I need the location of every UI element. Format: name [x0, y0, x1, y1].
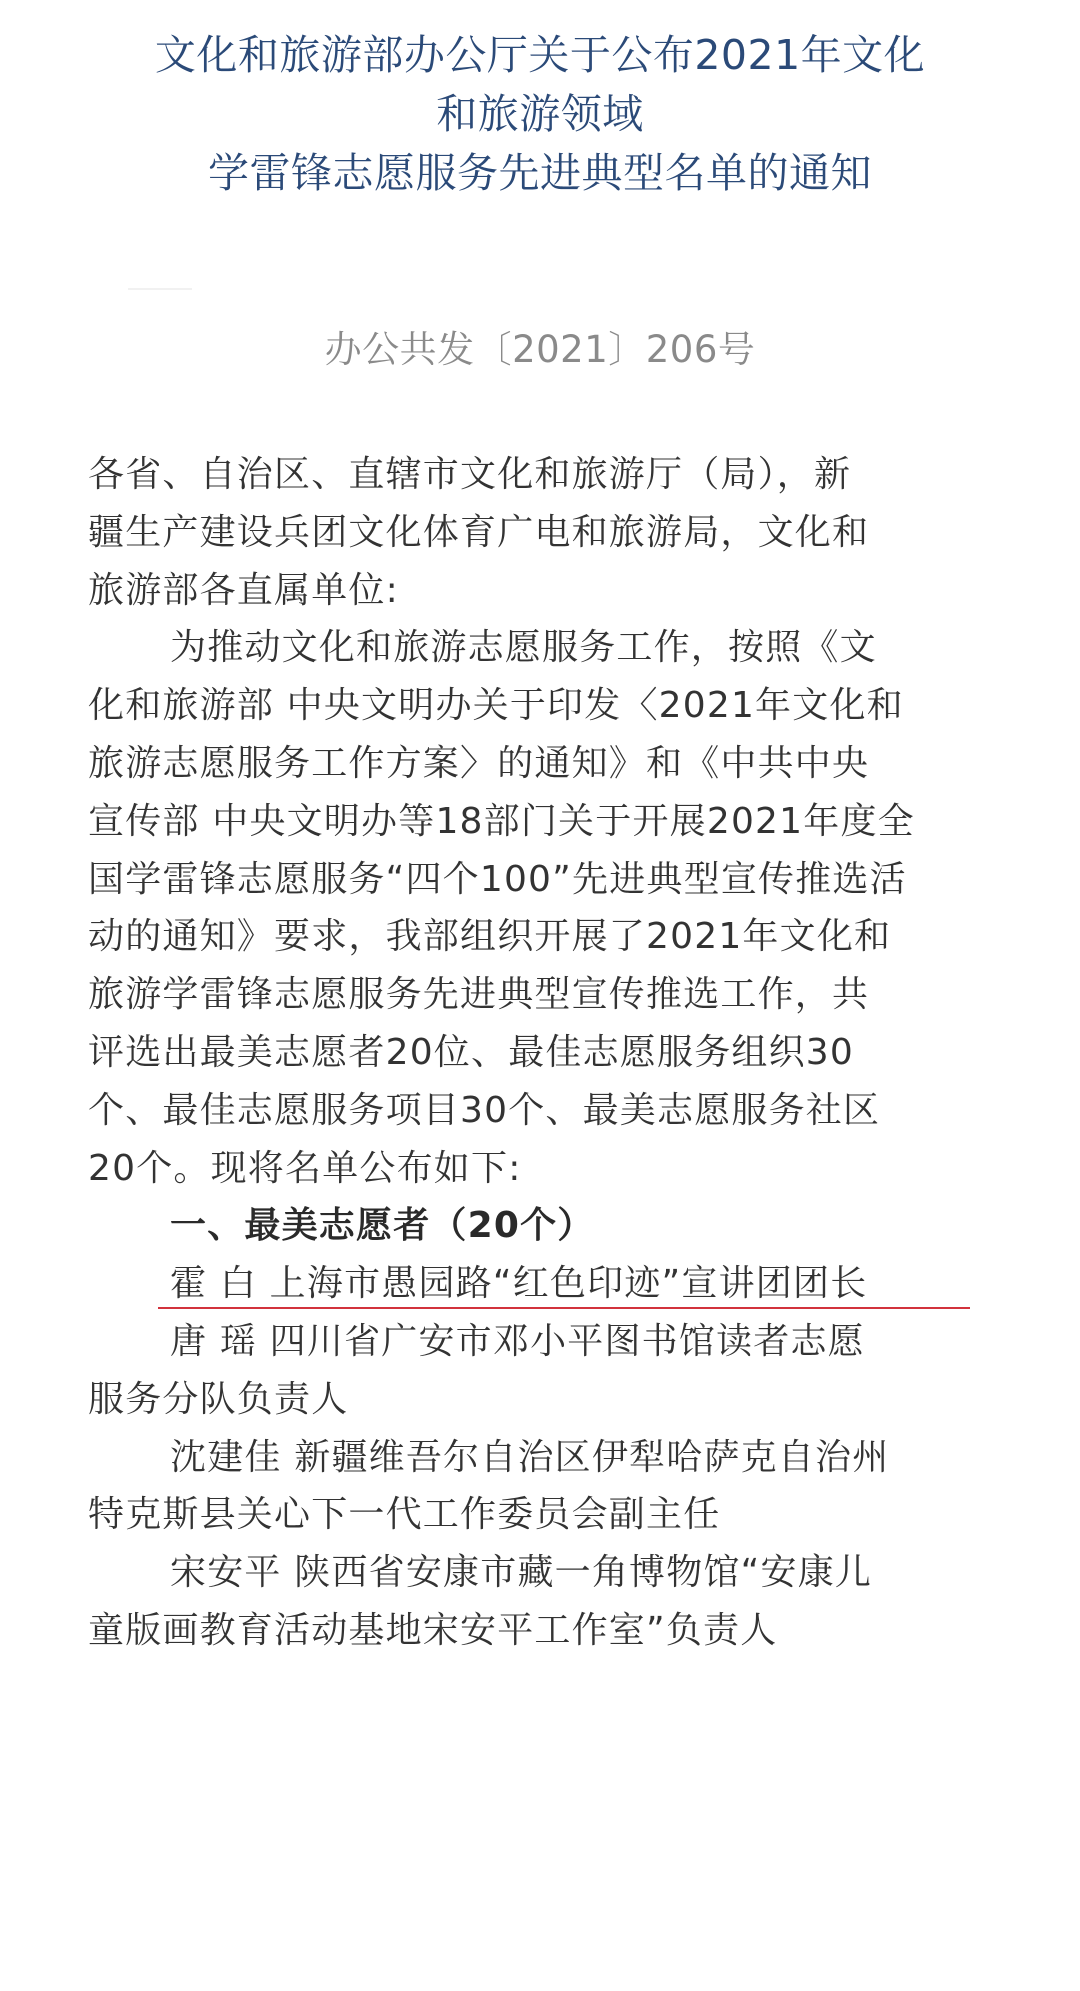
volunteer-entry-highlighted: 霍 白 上海市愚园路“红色印迹”宣讲团团长 — [88, 1255, 1008, 1313]
paragraph-line: 宣传部 中央文明办等18部门关于开展2021年度全 — [88, 793, 1008, 851]
title-line-1: 文化和旅游部办公厅关于公布2021年文化 — [0, 26, 1080, 85]
divider — [128, 288, 192, 290]
title-line-2: 和旅游领域 — [0, 85, 1080, 144]
volunteer-entry-continued: 特克斯县关心下一代工作委员会副主任 — [88, 1486, 1008, 1544]
volunteer-entry: 沈建佳 新疆维吾尔自治区伊犁哈萨克自治州 — [88, 1429, 1008, 1487]
volunteer-entry: 宋安平 陕西省安康市藏一角博物馆“安康儿 — [88, 1544, 1008, 1602]
addressee-line: 疆生产建设兵团文化体育广电和旅游局，文化和 — [88, 504, 1008, 562]
paragraph-line: 动的通知》要求，我部组织开展了2021年文化和 — [88, 908, 1008, 966]
document-title: 文化和旅游部办公厅关于公布2021年文化 和旅游领域 学雷锋志愿服务先进典型名单… — [0, 26, 1080, 203]
paragraph-line: 20个。现将名单公布如下: — [88, 1140, 1008, 1198]
title-line-3: 学雷锋志愿服务先进典型名单的通知 — [0, 144, 1080, 203]
volunteer-entry-continued: 服务分队负责人 — [88, 1371, 1008, 1429]
paragraph-line: 旅游学雷锋志愿服务先进典型宣传推选工作，共 — [88, 966, 1008, 1024]
paragraph-line: 评选出最美志愿者20位、最佳志愿服务组织30 — [88, 1024, 1008, 1082]
document-number: 办公共发〔2021〕206号 — [0, 326, 1080, 374]
paragraph-line: 旅游志愿服务工作方案〉的通知》和《中共中央 — [88, 735, 1008, 793]
section-heading: 一、最美志愿者（20个） — [88, 1197, 1008, 1255]
paragraph-line: 化和旅游部 中央文明办关于印发〈2021年文化和 — [88, 677, 1008, 735]
red-underline-annotation — [158, 1307, 970, 1309]
paragraph-line: 个、最佳志愿服务项目30个、最美志愿服务社区 — [88, 1082, 1008, 1140]
volunteer-entry-continued: 童版画教育活动基地宋安平工作室”负责人 — [88, 1602, 1008, 1660]
volunteer-text: 霍 白 上海市愚园路“红色印迹”宣讲团团长 — [170, 1263, 867, 1304]
paragraph-line: 国学雷锋志愿服务“四个100”先进典型宣传推选活 — [88, 851, 1008, 909]
volunteer-entry: 唐 瑶 四川省广安市邓小平图书馆读者志愿 — [88, 1313, 1008, 1371]
addressee-line: 旅游部各直属单位: — [88, 562, 1008, 620]
document-body: 各省、自治区、直辖市文化和旅游厅（局），新 疆生产建设兵团文化体育广电和旅游局，… — [88, 446, 1008, 1660]
addressee-line: 各省、自治区、直辖市文化和旅游厅（局），新 — [88, 446, 1008, 504]
paragraph-line: 为推动文化和旅游志愿服务工作，按照《文 — [88, 619, 1008, 677]
